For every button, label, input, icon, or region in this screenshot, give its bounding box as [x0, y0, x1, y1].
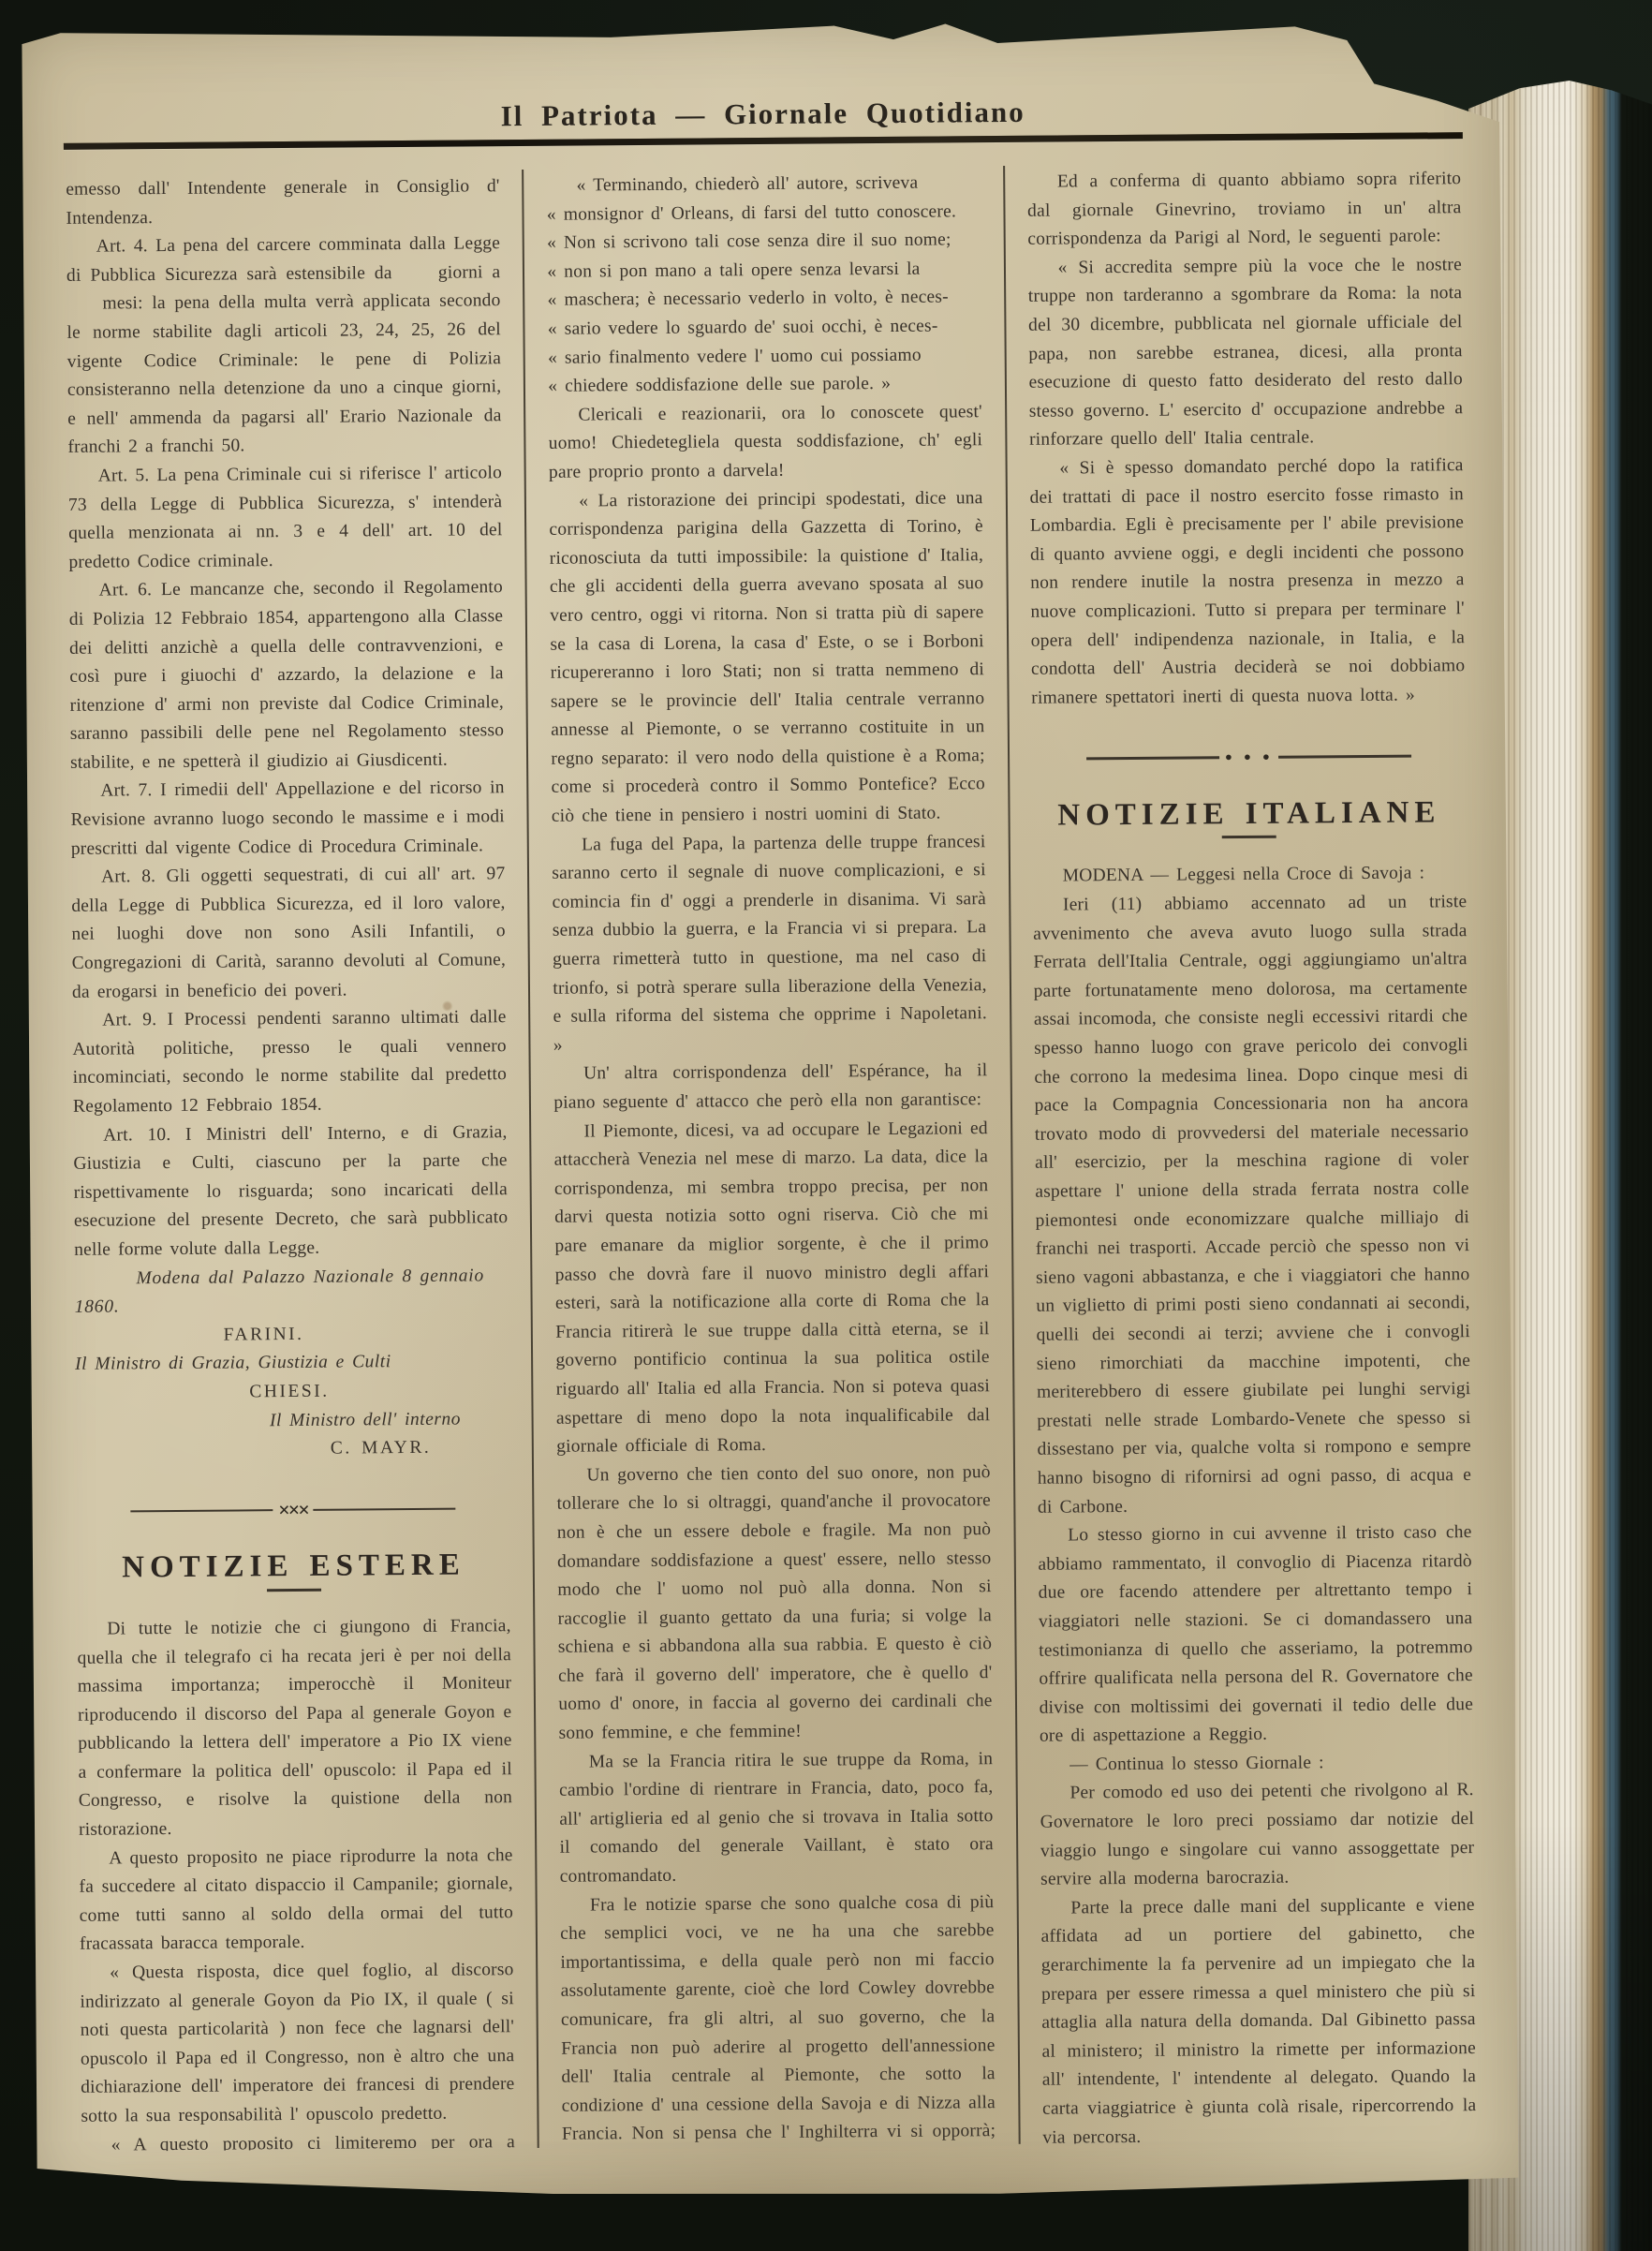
paragraph: Art. 5. La pena Criminale cui si riferis…	[68, 459, 503, 577]
paragraph: « Si è spesso domandato perché dopo la r…	[1029, 452, 1465, 713]
masthead: Il Patriota — Giornale Quotidiano	[64, 92, 1463, 137]
paragraph: Un governo che tien conto del suo onore,…	[556, 1459, 993, 1749]
paragraph: Dal Delegato ritorno all' intendente, da…	[1042, 2149, 1477, 2152]
dateline: Modena dal Palazzo Nazionale 8 gennaio 1…	[74, 1262, 509, 1323]
signature-line: C. MAYR.	[76, 1433, 510, 1465]
signature-line: FARINI.	[75, 1319, 509, 1351]
paragraph: Un' altra corrispondenza dell' Espérance…	[553, 1058, 988, 1118]
paragraph: Art. 8. Gli oggetti sequestrati, di cui …	[71, 860, 507, 1007]
paragraph: « Questa risposta, dice quel foglio, al …	[80, 1956, 515, 2131]
paragraph: Lo stesso giorno in cui avvenne il trist…	[1038, 1518, 1473, 1751]
paragraph: La fuga del Papa, la partenza delle trup…	[552, 828, 987, 1060]
paragraph: Parte la prece dalle mani del supplicant…	[1040, 1891, 1476, 2152]
dots-ornament-icon: ● ● ●	[1219, 743, 1278, 772]
paragraph: Clericali e reazionarii, ora lo conoscet…	[548, 398, 982, 487]
quote-line: « Terminando, chiederò all' autore, scri…	[546, 169, 981, 200]
paragraph: « A questo proposito ci limiteremo per o…	[81, 2128, 516, 2152]
quote-line: « monsignor d' Orleans, di farsi del tut…	[547, 198, 981, 230]
paper-inner: Il Patriota — Giornale Quotidiano emesso…	[16, 13, 1520, 2152]
signature-line: Il Ministro di Grazia, Giustizia e Culti	[75, 1348, 509, 1380]
paragraph: Per comodo ed uso dei petenti che rivolg…	[1040, 1777, 1474, 1895]
section-divider: ● ● ●	[1086, 742, 1412, 773]
quote-line: « non si pon mano a tali opere senza lev…	[547, 255, 981, 287]
column-1: emesso dall' Intendente generale in Cons…	[64, 170, 538, 2152]
quote-line: « maschera; è necessario vederlo in volt…	[547, 284, 981, 316]
paragraph: Di tutte le notizie che ci giungono di F…	[77, 1612, 512, 1844]
quote-line: « chiedere soddisfazione delle sue parol…	[548, 369, 982, 401]
paragraph: « Si accredita sempre più la voce che le…	[1028, 251, 1464, 455]
signature-line: Il Ministro dell' interno	[75, 1405, 509, 1437]
section-divider: ×××	[130, 1494, 456, 1525]
paragraph: Art. 7. I rimedii dell' Appellazione e d…	[70, 775, 505, 864]
column-3: Ed a conferma di quanto abbiamo sopra ri…	[1005, 162, 1479, 2144]
columns: emesso dall' Intendente generale in Cons…	[64, 162, 1479, 2152]
paragraph: Ma se la Francia ritira le sue truppe da…	[559, 1745, 995, 1892]
quoted-letter-block: « Terminando, chiederò all' autore, scri…	[546, 169, 981, 401]
paragraph: Art. 4. La pena del carcere comminata da…	[66, 230, 502, 462]
quote-line: « sario finalmento vedere l' uomo cui po…	[548, 341, 982, 373]
paragraph: Il Piemonte, dicesi, va ad occupare le L…	[553, 1115, 990, 1462]
quote-line: « Non si scrivono tali cose senza dire i…	[547, 226, 981, 258]
newspaper-page: Il Patriota — Giornale Quotidiano emesso…	[16, 13, 1520, 2203]
paragraph: Fra le notizie sparse che sono qualche c…	[560, 1888, 996, 2152]
braid-ornament-icon: ×××	[273, 1496, 314, 1525]
section-heading: NOTIZIE ITALIANE	[1032, 798, 1467, 830]
paragraph: emesso dall' Intendente generale in Cons…	[66, 172, 500, 233]
paragraph: — Continua lo stesso Giornale :	[1040, 1748, 1474, 1780]
paragraph: Art. 6. Le mancanze che, secondo il Rego…	[69, 574, 505, 778]
paragraph: A questo proposito ne piace riprodurre l…	[79, 1842, 513, 1960]
paragraph: Art. 9. I Processi pendenti saranno ulti…	[72, 1003, 507, 1121]
section-heading: NOTIZIE ESTERE	[77, 1550, 511, 1582]
paragraph: « La ristorazione dei principi spodestat…	[549, 484, 985, 832]
quote-line: « sario vedere lo sguardo de' suoi occhi…	[548, 312, 982, 344]
paragraph: MODENA — Leggesi nella Croce di Savoja :	[1033, 860, 1468, 892]
paragraph: Art. 10. I Ministri dell' Interno, e di …	[73, 1118, 509, 1266]
heading-underline	[267, 1589, 321, 1592]
column-2: « Terminando, chiederò all' autore, scri…	[522, 166, 1020, 2148]
signature-line: CHIESI.	[75, 1376, 509, 1408]
paragraph: Ed a conferma di quanto abbiamo sopra ri…	[1027, 165, 1462, 254]
paragraph: Ieri (11) abbiamo accennato ad un triste…	[1033, 888, 1472, 1522]
heading-underline	[1222, 836, 1276, 838]
